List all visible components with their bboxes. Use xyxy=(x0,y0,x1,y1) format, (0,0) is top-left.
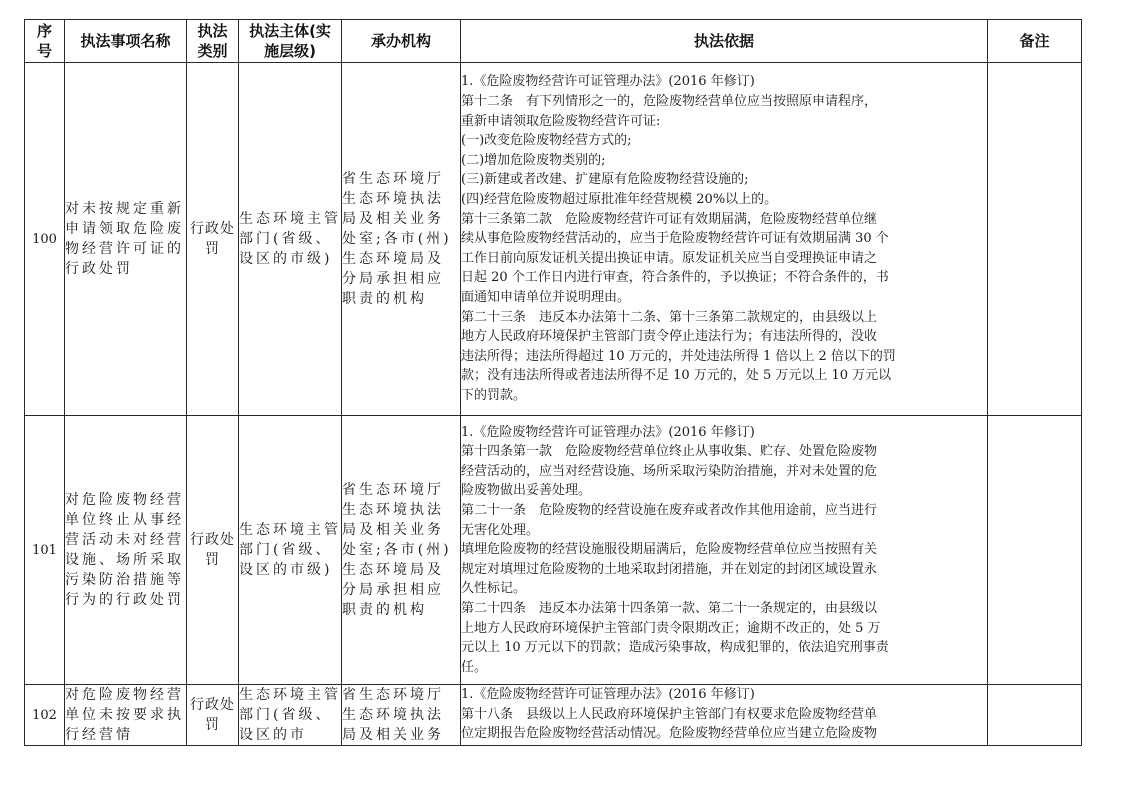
basis-line: 工作日前向原发证机关提出换证申请。原发证机关应当自受理换证申请之 xyxy=(461,249,987,269)
basis-line: 1.《危险废物经营许可证管理办法》(2016 年修订) xyxy=(461,72,987,92)
basis-line: 地方人民政府环境保护主管部门责令停止违法行为；有违法所得的，没收 xyxy=(461,327,987,347)
basis-line: 经营活动的，应当对经营设施、场所采取污染防治措施，并对未处置的危 xyxy=(461,462,987,482)
header-subject: 执法主体(实 施层级) xyxy=(239,20,342,63)
header-basis: 执法依据 xyxy=(461,20,988,63)
basis-line: 续从事危险废物经营活动的，应当于危险废物经营许可证有效期届满 30 个 xyxy=(461,229,987,249)
basis-line: 第二十四条 违反本办法第十四条第一款、第二十一条规定的，由县级以 xyxy=(461,599,987,619)
header-subject-line-2: 施层级) xyxy=(239,41,341,61)
header-item-name: 执法事项名称 xyxy=(65,20,187,63)
cell-agency: 省生态环境厅生态环境执法局及相关业务处室;各市(州)生态环境局及分局承担相应职责… xyxy=(342,63,461,416)
basis-line: 第十八条 县级以上人民政府环境保护主管部门有权要求危险废物经营单 xyxy=(461,705,987,725)
cell-category: 行政处罚 xyxy=(187,416,239,685)
cell-item-name: 对危险废物经营单位未按要求执行经营情 xyxy=(65,685,187,746)
basis-line: 上地方人民政府环境保护主管部门责令限期改正；逾期不改正的，处 5 万 xyxy=(461,619,987,639)
basis-line: 款；没有违法所得或者违法所得不足 10 万元的，处 5 万元以上 10 万元以 xyxy=(461,366,987,386)
header-category: 执法 类别 xyxy=(187,20,239,63)
basis-line: 面通知申请单位并说明理由。 xyxy=(461,288,987,308)
header-row: 序 号 执法事项名称 执法 类别 执法主体(实 施层级) 承办机构 执法依据 备… xyxy=(25,20,1082,63)
cell-category: 行政处罚 xyxy=(187,63,239,416)
cell-subject: 生态环境主管部门(省级、设区的市级) xyxy=(239,416,342,685)
header-seq: 序 号 xyxy=(25,20,65,63)
table-row: 100 对未按规定重新申请领取危险废物经营许可证的行政处罚 行政处罚 生态环境主… xyxy=(25,63,1082,416)
header-seq-line-2: 号 xyxy=(25,41,64,61)
enforcement-items-table: 序 号 执法事项名称 执法 类别 执法主体(实 施层级) 承办机构 执法依据 备… xyxy=(24,19,1082,746)
cell-remarks xyxy=(988,685,1082,746)
basis-line: 任。 xyxy=(461,658,987,678)
cell-agency: 省生态环境厅生态环境执法局及相关业务 xyxy=(342,685,461,746)
cell-seq: 100 xyxy=(25,63,65,416)
cell-seq: 102 xyxy=(25,685,65,746)
basis-line: 日起 20 个工作日内进行审查，符合条件的，予以换证；不符合条件的，书 xyxy=(461,268,987,288)
header-category-line-1: 执法 xyxy=(187,21,238,41)
cell-category: 行政处罚 xyxy=(187,685,239,746)
cell-seq: 101 xyxy=(25,416,65,685)
header-category-line-2: 类别 xyxy=(187,41,238,61)
basis-line: 险废物做出妥善处理。 xyxy=(461,481,987,501)
cell-item-name: 对未按规定重新申请领取危险废物经营许可证的行政处罚 xyxy=(65,63,187,416)
basis-line: (三)新建或者改建、扩建原有危险废物经营设施的; xyxy=(461,170,987,190)
basis-line: 无害化处理。 xyxy=(461,521,987,541)
basis-line: 填埋危险废物的经营设施服役期届满后，危险废物经营单位应当按照有关 xyxy=(461,540,987,560)
basis-line: 第十四条第一款 危险废物经营单位终止从事收集、贮存、处置危险废物 xyxy=(461,442,987,462)
header-subject-line-1: 执法主体(实 xyxy=(239,21,341,41)
cell-item-name: 对危险废物经营单位终止从事经营活动未对经营设施、场所采取污染防治措施等行为的行政… xyxy=(65,416,187,685)
basis-line: 重新申请领取危险废物经营许可证: xyxy=(461,112,987,132)
cell-basis: 1.《危险废物经营许可证管理办法》(2016 年修订) 第十八条 县级以上人民政… xyxy=(461,685,988,746)
basis-line: 下的罚款。 xyxy=(461,386,987,406)
table-row: 102 对危险废物经营单位未按要求执行经营情 行政处罚 生态环境主管部门(省级、… xyxy=(25,685,1082,746)
basis-line: 第二十三条 违反本办法第十二条、第十三条第二款规定的，由县级以上 xyxy=(461,308,987,328)
basis-line: 第二十一条 危险废物的经营设施在废弃或者改作其他用途前，应当进行 xyxy=(461,501,987,521)
basis-line: 违法所得；违法所得超过 10 万元的，并处违法所得 1 倍以上 2 倍以下的罚 xyxy=(461,347,987,367)
cell-subject: 生态环境主管部门(省级、设区的市 xyxy=(239,685,342,746)
cell-remarks xyxy=(988,63,1082,416)
header-agency: 承办机构 xyxy=(342,20,461,63)
basis-line: (四)经营危险废物超过原批准年经营规模 20%以上的。 xyxy=(461,190,987,210)
basis-line: 规定对填埋过危险废物的土地采取封闭措施，并在划定的封闭区域设置永 xyxy=(461,560,987,580)
cell-remarks xyxy=(988,416,1082,685)
cell-agency: 省生态环境厅生态环境执法局及相关业务处室;各市(州)生态环境局及分局承担相应职责… xyxy=(342,416,461,685)
cell-basis: 1.《危险废物经营许可证管理办法》(2016 年修订) 第十四条第一款 危险废物… xyxy=(461,416,988,685)
cell-subject: 生态环境主管部门(省级、设区的市级) xyxy=(239,63,342,416)
basis-line: 久性标记。 xyxy=(461,579,987,599)
basis-line: 第十三条第二款 危险废物经营许可证有效期届满，危险废物经营单位继 xyxy=(461,210,987,230)
basis-line: (一)改变危险废物经营方式的; xyxy=(461,131,987,151)
header-remarks: 备注 xyxy=(988,20,1082,63)
basis-line: 1.《危险废物经营许可证管理办法》(2016 年修订) xyxy=(461,423,987,443)
basis-line: 元以上 10 万元以下的罚款；造成污染事故，构成犯罪的，依法追究刑事责 xyxy=(461,638,987,658)
header-seq-line-1: 序 xyxy=(25,21,64,41)
cell-basis: 1.《危险废物经营许可证管理办法》(2016 年修订) 第十二条 有下列情形之一… xyxy=(461,63,988,416)
basis-line: 1.《危险废物经营许可证管理办法》(2016 年修订) xyxy=(461,685,987,705)
basis-line: 第十二条 有下列情形之一的，危险废物经营单位应当按照原申请程序， xyxy=(461,92,987,112)
basis-line: (二)增加危险废物类别的; xyxy=(461,151,987,171)
table-row: 101 对危险废物经营单位终止从事经营活动未对经营设施、场所采取污染防治措施等行… xyxy=(25,416,1082,685)
basis-line: 位定期报告危险废物经营活动情况。危险废物经营单位应当建立危险废物 xyxy=(461,724,987,744)
